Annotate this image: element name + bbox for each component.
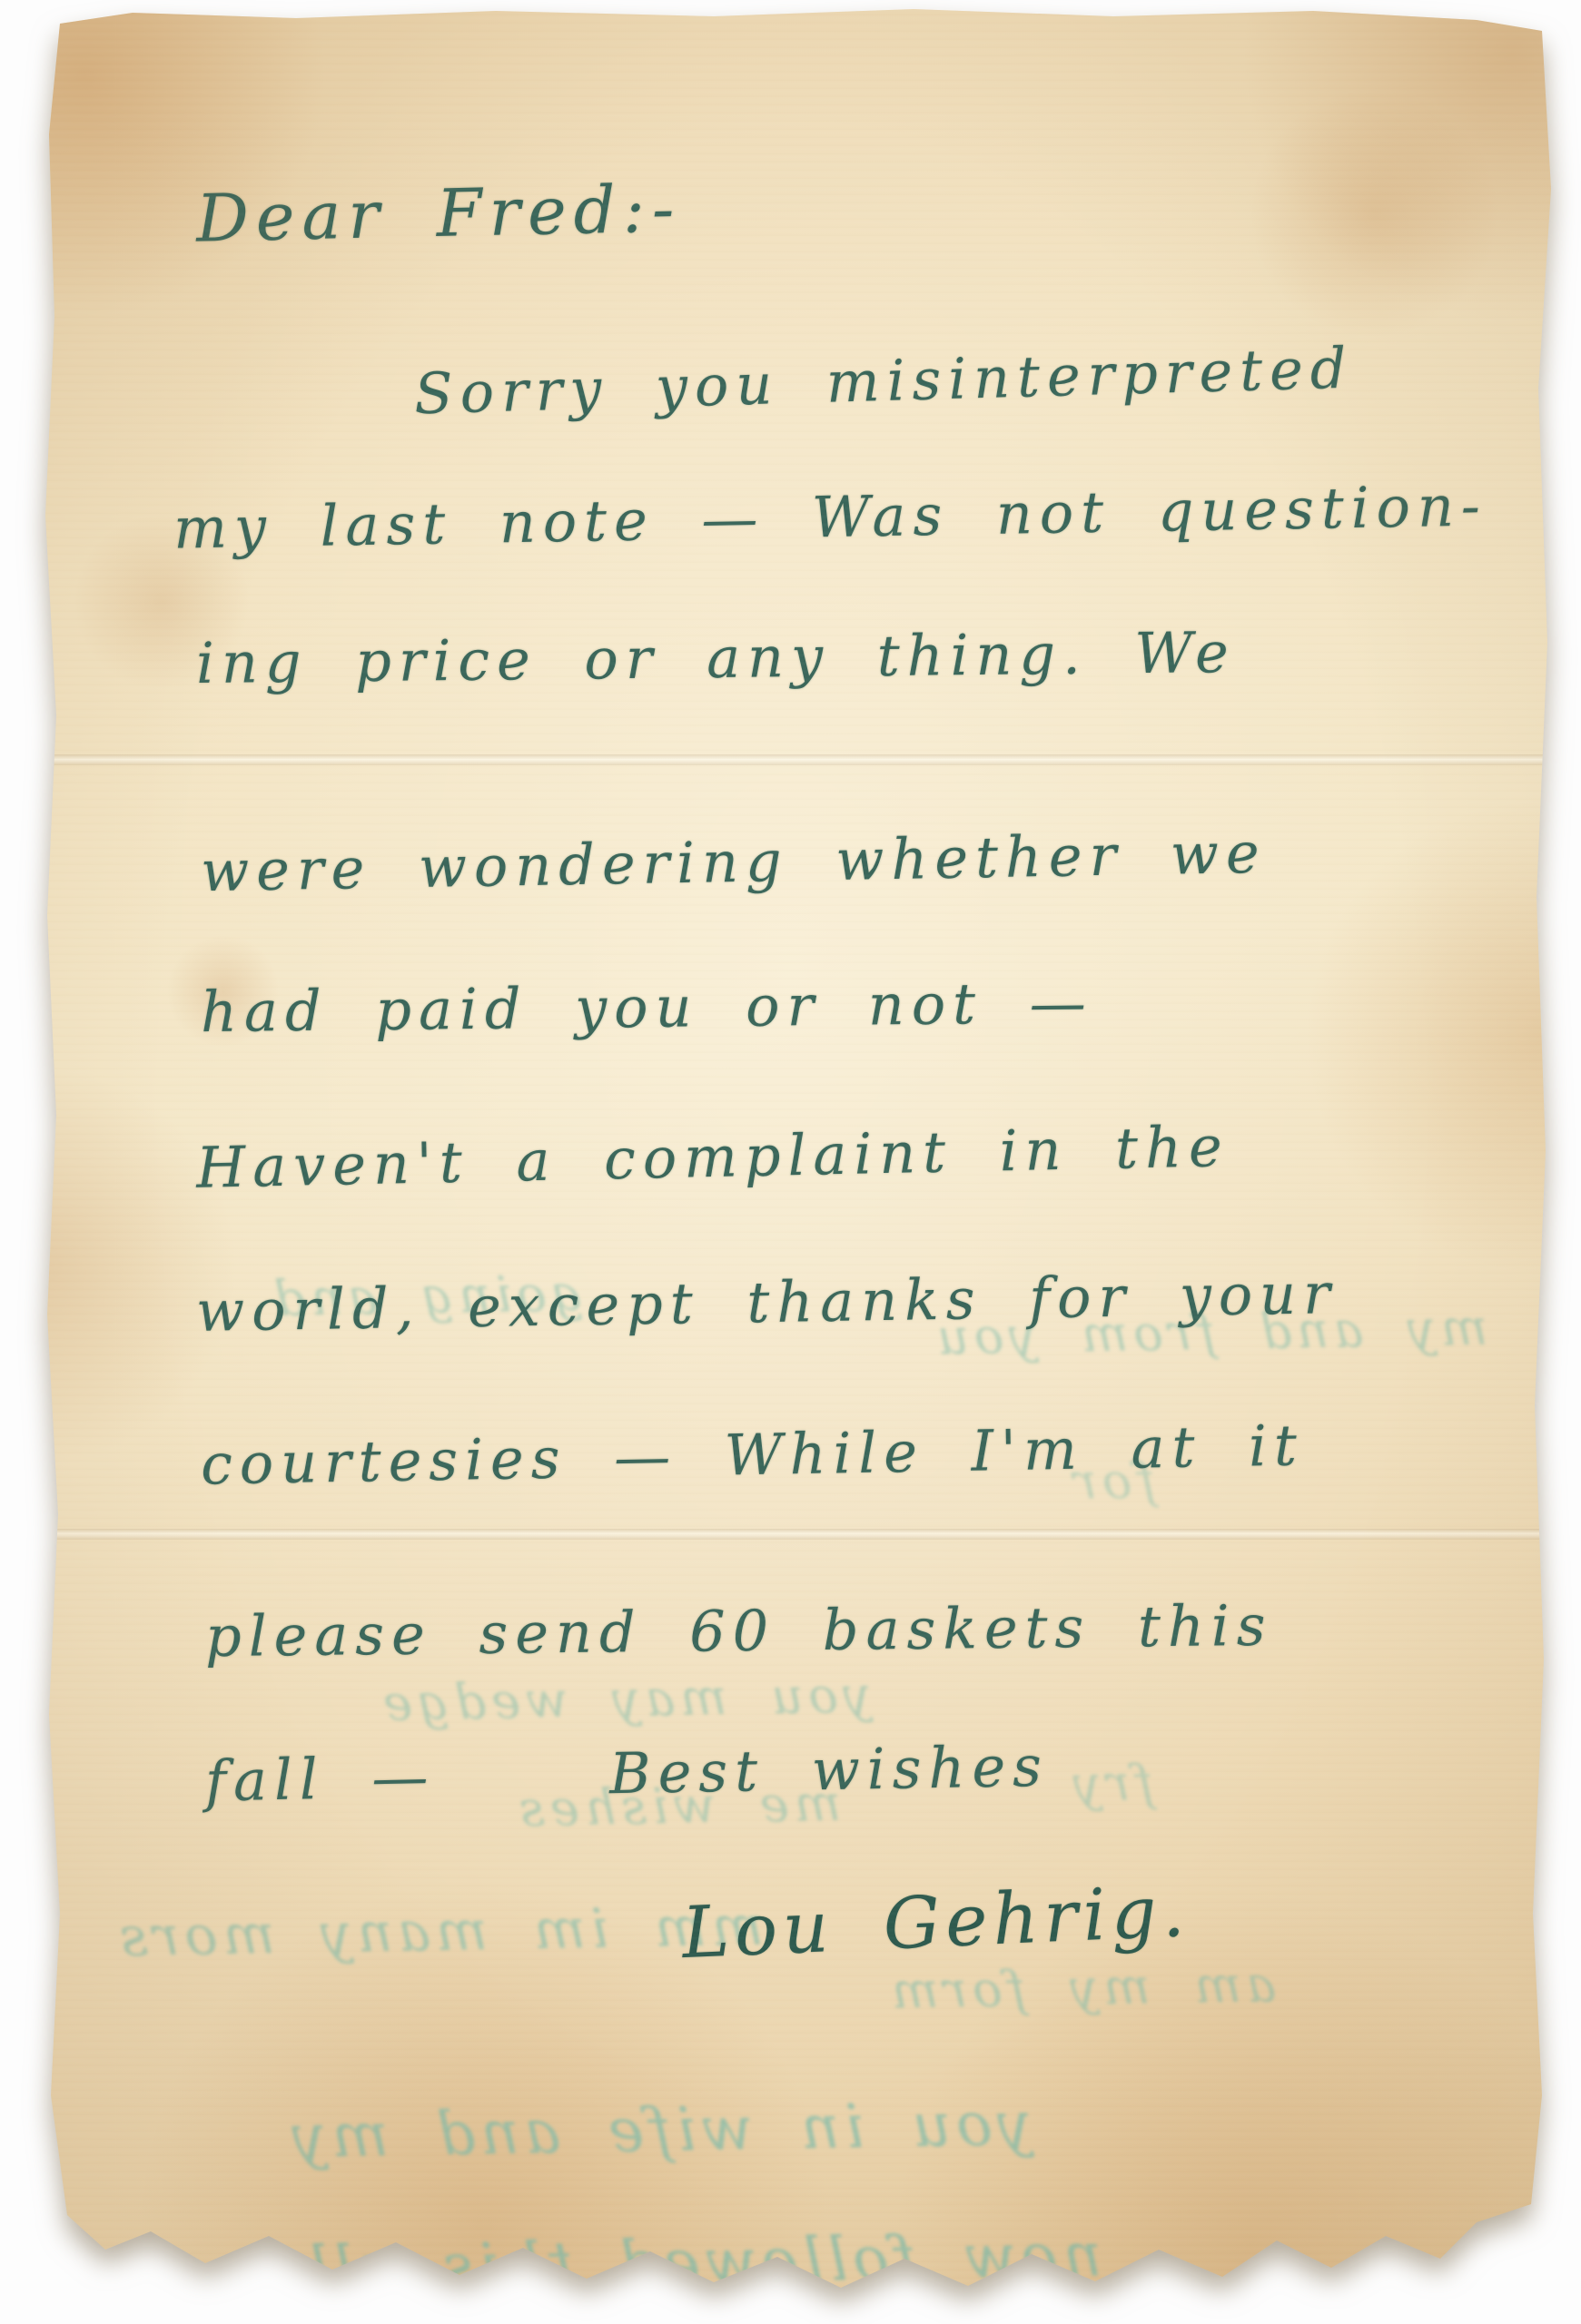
fold-crease-upper (24, 754, 1558, 765)
letter-line: fall — (204, 1743, 436, 1814)
letter-line: Sorry you misinterpreted (413, 335, 1354, 428)
letter-page: going and my and from you for you may we… (24, 7, 1558, 2295)
photo-background: going and my and from you for you may we… (0, 0, 1581, 2324)
ink-bleed-through: you in wife and my (286, 2089, 1032, 2171)
closing-phrase: Best wishes (608, 1733, 1049, 1807)
ink-bleed-through: mm im many mors (114, 1895, 764, 1969)
ink-bleed-through: fry (1067, 1754, 1153, 1813)
letter-line: my last note — Was not question- (173, 472, 1487, 561)
letter-line: were wondering whether we (200, 820, 1267, 904)
ink-bleed-through: am my form (885, 1955, 1276, 2019)
letter-line: ing price or any thing. We (196, 619, 1237, 696)
salutation: Dear Fred:- (195, 170, 682, 256)
letter-line: had paid you or not — (201, 970, 1093, 1045)
ink-bleed-through: you may wedge (377, 1666, 871, 1731)
ink-bleed-through: now followed this all (304, 2220, 1102, 2303)
fold-crease-lower (24, 1529, 1558, 1540)
letter-line: please send 60 baskets this (205, 1592, 1273, 1669)
paper-shadow-wrap: going and my and from you for you may we… (0, 0, 1581, 2324)
letter-line: Haven't a complaint in the (195, 1113, 1230, 1201)
